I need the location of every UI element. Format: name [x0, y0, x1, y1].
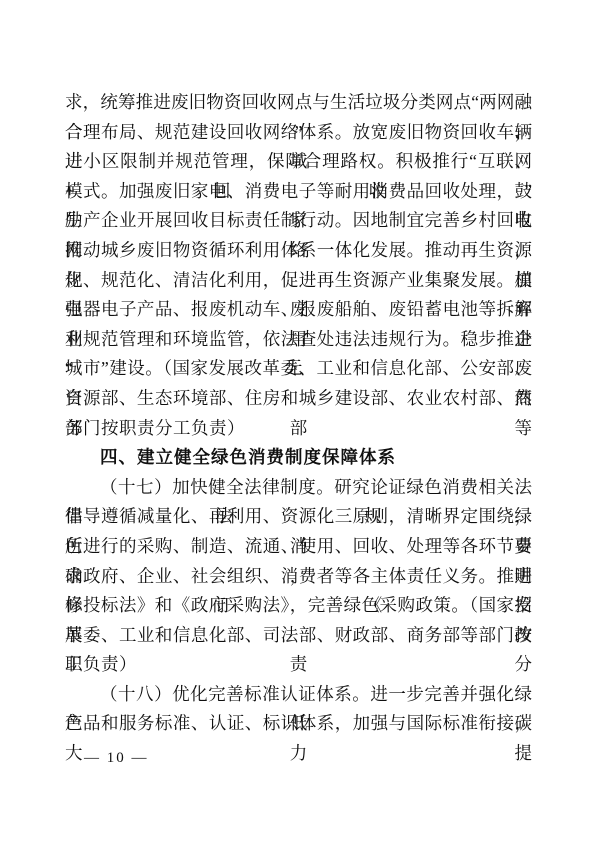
text-line: 革委、工业和信息化部、司法部、财政部、商务部等部门按职责分 — [65, 621, 532, 651]
text-line: 倡导遵循减量化、再利用、资源化三原则，清晰界定围绕绿色消费 — [65, 502, 532, 532]
text-line: 城市”建设。（国家发展改革委、工业和信息化部、公安部、自然 — [65, 354, 532, 384]
text-line: 四、建立健全绿色消费制度保障体系 — [65, 443, 532, 473]
text-line: 模式。加强废旧家电、消费电子等耐用消费品回收处理，鼓励家电 — [65, 177, 532, 207]
page-number: — 10 — — [84, 748, 149, 768]
text-line: 推动城乡废旧物资循环利用体系一体化发展。推动再生资源规模 — [65, 236, 532, 266]
text-line: 电器电子产品、报废机动车、报废船舶、废铅蓄电池等拆解利用企 — [65, 295, 532, 325]
text-line: 资源部、生态环境部、住房和城乡建设部、农业农村部、商务部等 — [65, 384, 532, 414]
text-line: 生产企业开展回收目标责任制行动。因地制宜完善乡村回收网络， — [65, 206, 532, 236]
document-body: 求，统筹推进废旧物资回收网点与生活垃圾分类网点“两网融合”，合理布局、规范建设回… — [65, 88, 532, 739]
text-line: 进小区限制并规范管理，保障合理路权。积极推行“互联网+回收” — [65, 147, 532, 177]
text-line: 合理布局、规范建设回收网络体系。放宽废旧物资回收车辆进城、 — [65, 118, 532, 148]
text-line: 所进行的采购、制造、流通、使用、回收、处理等各环节要求，明 — [65, 532, 532, 562]
text-line: 确政府、企业、社会组织、消费者等各主体责任义务。推进修订《招 — [65, 562, 532, 592]
text-line: 化、规范化、清洁化利用，促进再生资源产业集聚发展。加强废弃 — [65, 266, 532, 296]
text-line: 求，统筹推进废旧物资回收网点与生活垃圾分类网点“两网融合”， — [65, 88, 532, 118]
text-line: 标投标法》和《政府采购法》，完善绿色采购政策。（国家发展改 — [65, 591, 532, 621]
text-line: 业规范管理和环境监管，依法查处违法违规行为。稳步推进“无废 — [65, 325, 532, 355]
text-line: 产品和服务标准、认证、标识体系，加强与国际标准衔接，大力提 — [65, 709, 532, 739]
text-line: （十八）优化完善标准认证体系。进一步完善并强化绿色低碳 — [65, 680, 532, 710]
text-line: （十七）加快健全法律制度。研究论证绿色消费相关法律法规， — [65, 473, 532, 503]
document-page: 求，统筹推进废旧物资回收网点与生活垃圾分类网点“两网融合”，合理布局、规范建设回… — [0, 0, 595, 841]
